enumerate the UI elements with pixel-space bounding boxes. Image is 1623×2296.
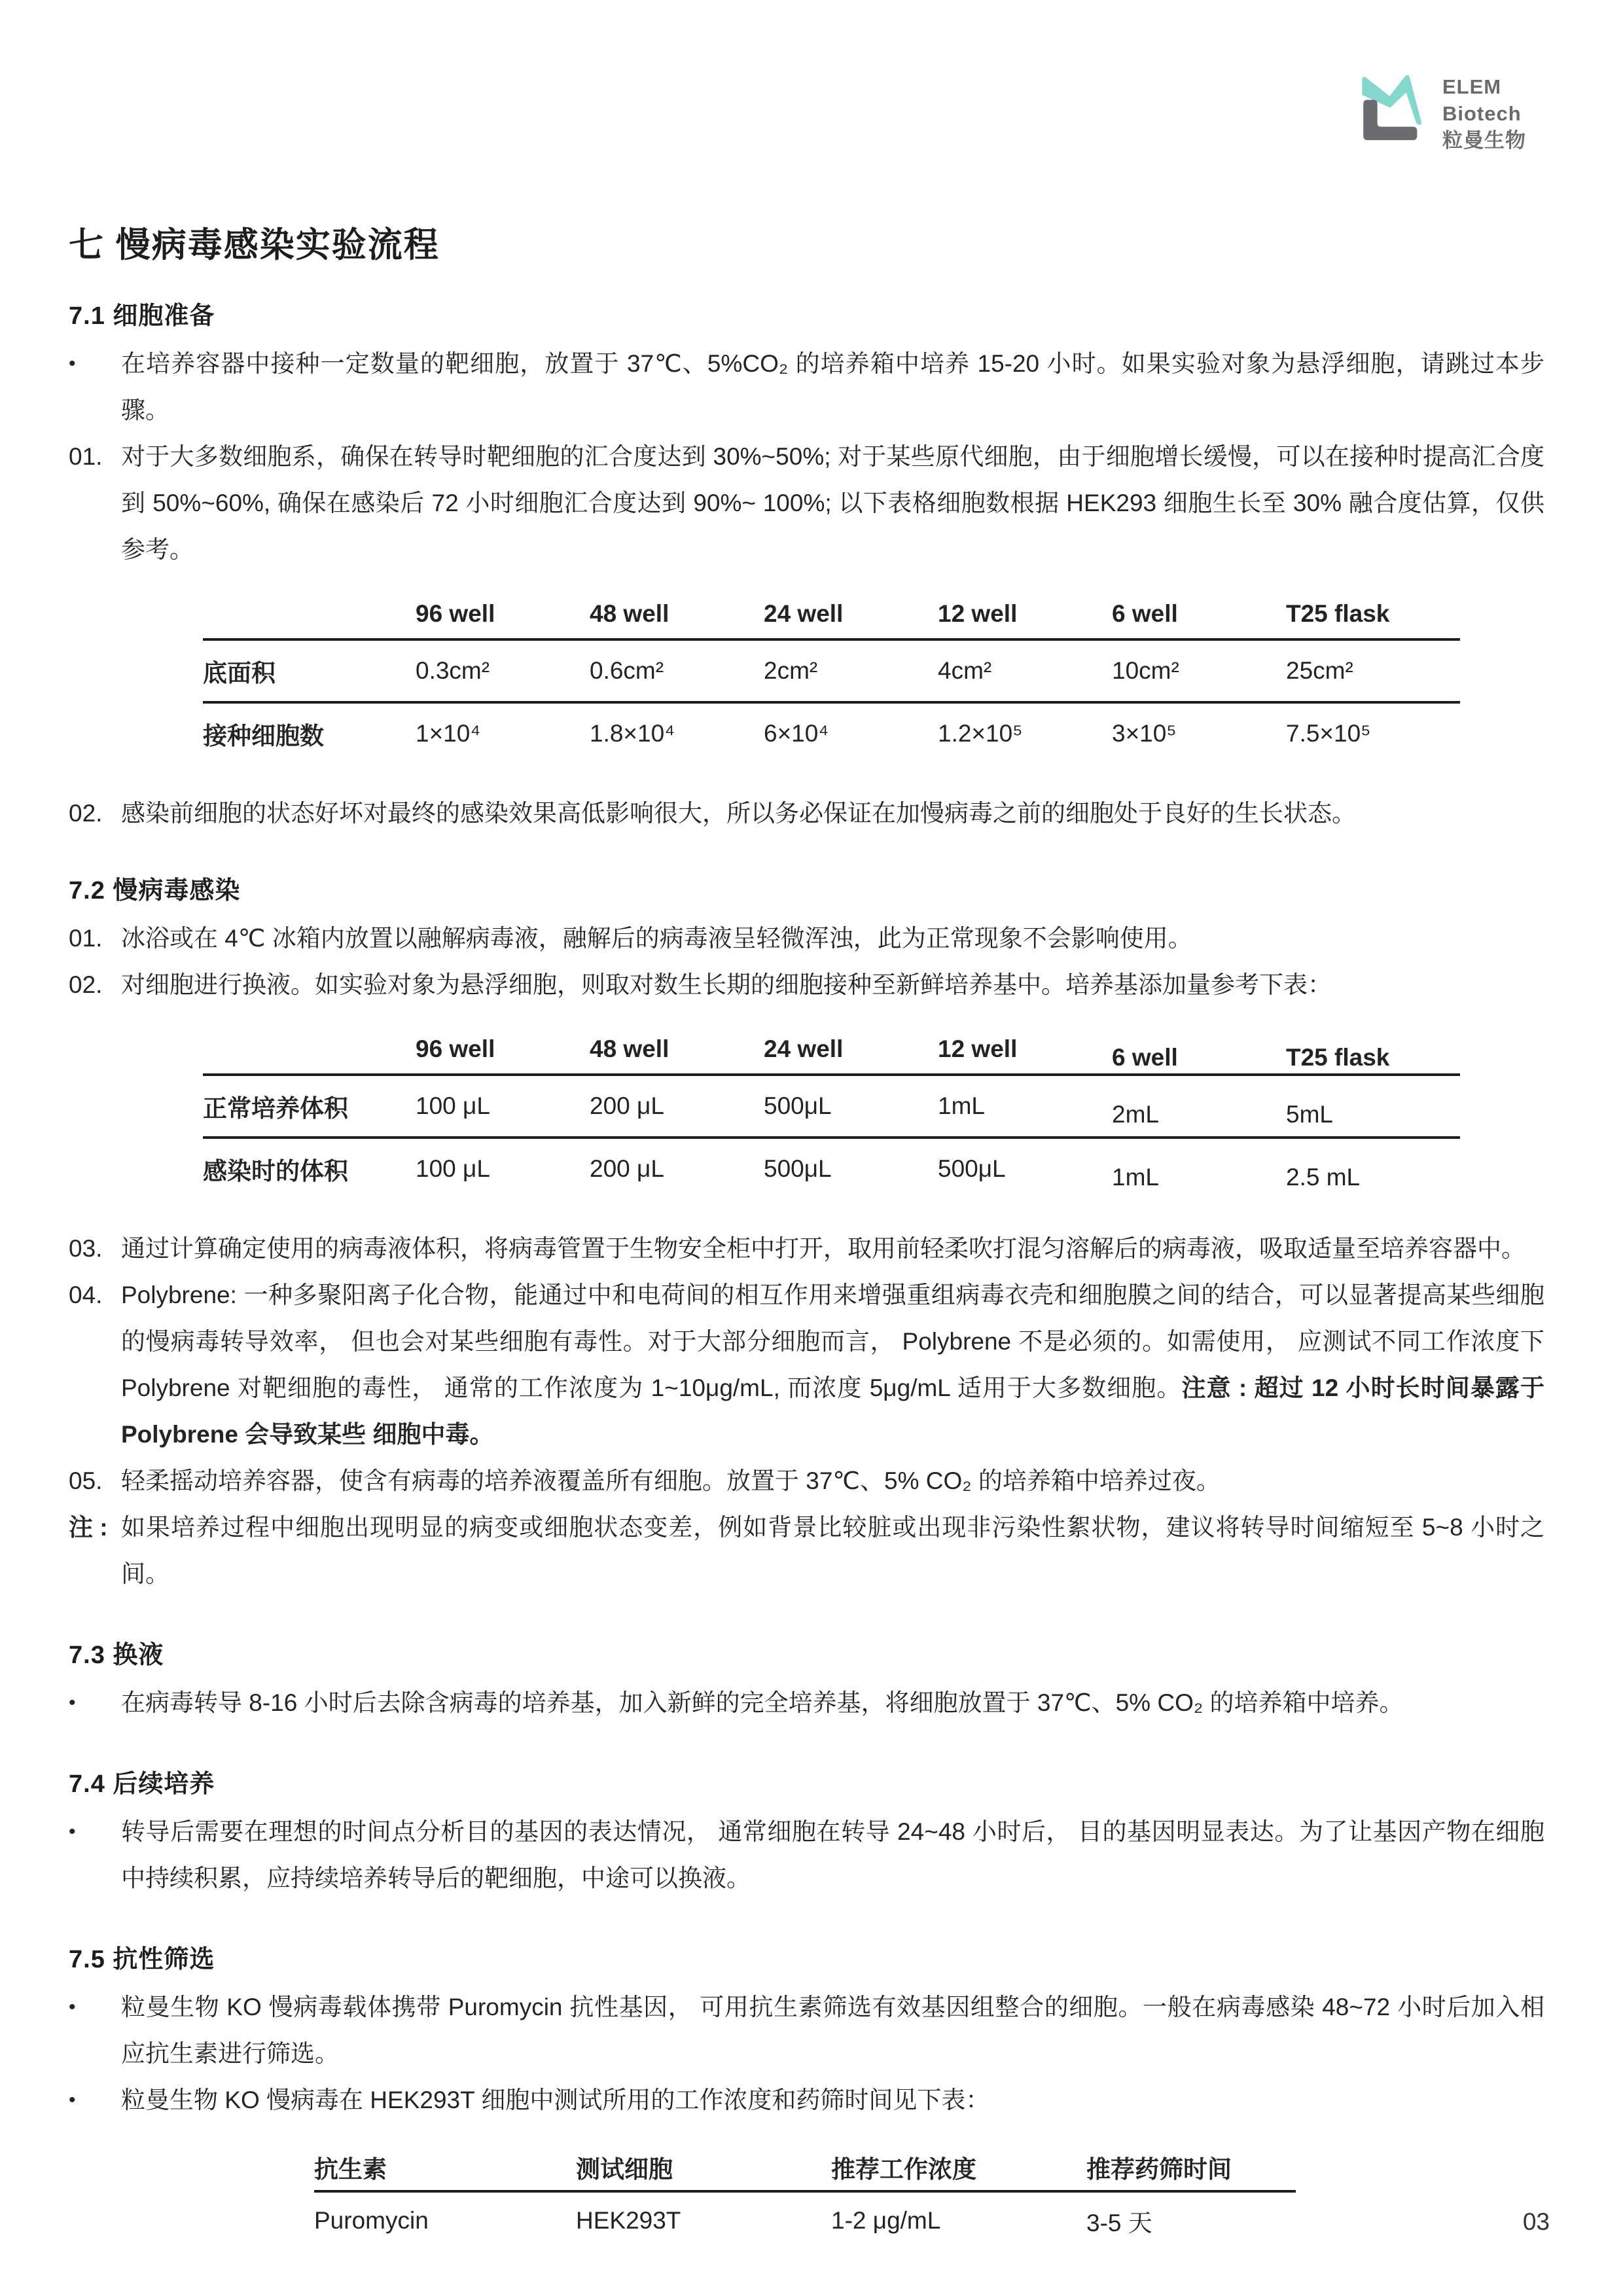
table-cell: HEK293T (576, 2191, 831, 2249)
table-cell: 500μL (938, 1138, 1112, 1199)
item-marker: • (69, 1808, 121, 1855)
table-header-row: 96 well 48 well 24 well 12 well 6 well T… (203, 1025, 1460, 1075)
table-cell: 200 μL (590, 1138, 764, 1199)
table-header-cell: T25 flask (1286, 1033, 1460, 1083)
list-item: • 转导后需要在理想的时间点分析目的基因的表达情况， 通常细胞在转导 24~48… (69, 1808, 1544, 1901)
table-cell: 1.2×10⁵ (938, 702, 1112, 764)
item-marker: • (69, 1984, 121, 2030)
table-cell: 1.8×10⁴ (590, 702, 764, 764)
table-row-label: 正常培养体积 (203, 1075, 416, 1138)
list-item: • 在培养容器中接种一定数量的靶细胞，放置于 37℃、5%CO₂ 的培养箱中培养… (69, 340, 1544, 433)
table-header-row: 96 well 48 well 24 well 12 well 6 well T… (203, 590, 1460, 639)
table-header-cell: 6 well (1112, 1033, 1286, 1083)
table-row: 底面积 0.3cm² 0.6cm² 2cm² 4cm² 10cm² 25cm² (203, 639, 1460, 702)
list-item: 02. 感染前细胞的状态好坏对最终的感染效果高低影响很大，所以务必保证在加慢病毒… (69, 790, 1544, 836)
table-cell: 2cm² (764, 639, 938, 702)
table-row-label: 接种细胞数 (203, 702, 416, 764)
table-cell: 25cm² (1286, 639, 1460, 702)
table-row-label: 感染时的体积 (203, 1138, 416, 1199)
table-header-cell: 12 well (938, 590, 1112, 639)
antibiotic-selection-table: 抗生素 测试细胞 推荐工作浓度 推荐药筛时间 Puromycin HEK293T… (314, 2144, 1296, 2249)
item-text: 对于大多数细胞系，确保在转导时靶细胞的汇合度达到 30%~50%; 对于某些原代… (121, 433, 1544, 573)
list-item: 01. 对于大多数细胞系，确保在转导时靶细胞的汇合度达到 30%~50%; 对于… (69, 433, 1544, 573)
note-marker: 注 : (69, 1504, 121, 1551)
list-item: 05. 轻柔摇动培养容器，使含有病毒的培养液覆盖所有细胞。放置于 37℃、5% … (69, 1458, 1544, 1504)
list-item: • 在病毒转导 8-16 小时后去除含病毒的培养基，加入新鲜的完全培养基，将细胞… (69, 1679, 1544, 1726)
table-header-cell: 48 well (590, 1025, 764, 1075)
item-text: 粒曼生物 KO 慢病毒在 HEK293T 细胞中测试所用的工作浓度和药筛时间见下… (121, 2077, 1544, 2123)
list-item: 03. 通过计算确定使用的病毒液体积，将病毒管置于生物安全柜中打开，取用前轻柔吹… (69, 1225, 1544, 1272)
item-text: 对细胞进行换液。如实验对象为悬浮细胞，则取对数生长期的细胞接种至新鲜培养基中。培… (121, 961, 1544, 1008)
table-cell: 2.5 mL (1286, 1146, 1460, 1208)
table-cell: 10cm² (1112, 639, 1286, 702)
brand-line-3: 粒曼生物 (1442, 127, 1526, 154)
table-header-cell: 推荐药筛时间 (1086, 2144, 1296, 2191)
note-item: 注 : 如果培养过程中细胞出现明显的病变或细胞状态变差，例如背景比较脏或出现非污… (69, 1504, 1544, 1597)
table-row: 正常培养体积 100 μL 200 μL 500μL 1mL 2mL 5mL (203, 1075, 1460, 1138)
table-header-cell: 6 well (1112, 590, 1286, 639)
brand-line-1: ELEM (1442, 73, 1526, 100)
brand-line-2: Biotech (1442, 100, 1526, 127)
item-text: 冰浴或在 4℃ 冰箱内放置以融解病毒液，融解后的病毒液呈轻微浑浊，此为正常现象不… (121, 915, 1544, 961)
item-text: 通过计算确定使用的病毒液体积，将病毒管置于生物安全柜中打开，取用前轻柔吹打混匀溶… (121, 1225, 1544, 1272)
table-cell: 100 μL (416, 1138, 590, 1199)
list-item: • 粒曼生物 KO 慢病毒在 HEK293T 细胞中测试所用的工作浓度和药筛时间… (69, 2077, 1544, 2123)
document-page: ELEM Biotech 粒曼生物 七 慢病毒感染实验流程 7.1 细胞准备 •… (0, 0, 1623, 2296)
list-item: 01. 冰浴或在 4℃ 冰箱内放置以融解病毒液，融解后的病毒液呈轻微浑浊，此为正… (69, 915, 1544, 961)
item-marker: • (69, 1679, 121, 1726)
section-heading-7-5: 7.5 抗性筛选 (69, 1945, 1544, 1975)
table-cell: 6×10⁴ (764, 702, 938, 764)
table-cell: 5mL (1286, 1083, 1460, 1146)
table-header-cell: 96 well (416, 1025, 590, 1075)
logo-mark-icon (1356, 68, 1429, 160)
table-cell: 7.5×10⁵ (1286, 702, 1460, 764)
table-cell: 0.3cm² (416, 639, 590, 702)
table-header-cell: 48 well (590, 590, 764, 639)
item-marker: 02. (69, 961, 121, 1008)
table-header-cell: 24 well (764, 590, 938, 639)
table-row-label: 底面积 (203, 639, 416, 702)
table-cell: 200 μL (590, 1075, 764, 1138)
item-text: 粒曼生物 KO 慢病毒载体携带 Puromycin 抗性基因， 可用抗生素筛选有… (121, 1984, 1544, 2077)
section-heading-7-3: 7.3 换液 (69, 1640, 1544, 1670)
company-logo: ELEM Biotech 粒曼生物 (1356, 68, 1526, 160)
item-text: Polybrene: 一种多聚阳离子化合物，能通过中和电荷间的相互作用来增强重组… (121, 1272, 1544, 1458)
table-cell: 1×10⁴ (416, 702, 590, 764)
table-cell: 0.6cm² (590, 639, 764, 702)
table-corner-cell (203, 1025, 416, 1075)
note-text: 如果培养过程中细胞出现明显的病变或细胞状态变差，例如背景比较脏或出现非污染性絮状… (121, 1504, 1544, 1597)
table-cell: 3×10⁵ (1112, 702, 1286, 764)
table-header-cell: T25 flask (1286, 590, 1460, 639)
list-item: 02. 对细胞进行换液。如实验对象为悬浮细胞，则取对数生长期的细胞接种至新鲜培养… (69, 961, 1544, 1008)
list-item: 04. Polybrene: 一种多聚阳离子化合物，能通过中和电荷间的相互作用来… (69, 1272, 1544, 1458)
item-text: 转导后需要在理想的时间点分析目的基因的表达情况， 通常细胞在转导 24~48 小… (121, 1808, 1544, 1901)
section-heading-7-4: 7.4 后续培养 (69, 1769, 1544, 1799)
table-row: Puromycin HEK293T 1-2 μg/mL 3-5 天 (314, 2191, 1296, 2249)
item-marker: 01. (69, 915, 121, 961)
table-header-cell: 12 well (938, 1025, 1112, 1075)
table-cell: 1mL (1112, 1146, 1286, 1208)
table-header-cell: 测试细胞 (576, 2144, 831, 2191)
item-text: 在培养容器中接种一定数量的靶细胞，放置于 37℃、5%CO₂ 的培养箱中培养 1… (121, 340, 1544, 433)
table-corner-cell (203, 590, 416, 639)
table-cell: 1-2 μg/mL (831, 2191, 1086, 2249)
table-cell: 100 μL (416, 1075, 590, 1138)
item-marker: • (69, 340, 121, 387)
section-heading-7-1: 7.1 细胞准备 (69, 301, 1544, 331)
table-header-cell: 24 well (764, 1025, 938, 1075)
item-marker: 01. (69, 433, 121, 480)
item-marker: 05. (69, 1458, 121, 1504)
page-number: 03 (1523, 2208, 1550, 2236)
table-cell: 2mL (1112, 1083, 1286, 1146)
table-header-cell: 抗生素 (314, 2144, 576, 2191)
item-text: 在病毒转导 8-16 小时后去除含病毒的培养基，加入新鲜的完全培养基，将细胞放置… (121, 1679, 1544, 1726)
table-row: 接种细胞数 1×10⁴ 1.8×10⁴ 6×10⁴ 1.2×10⁵ 3×10⁵ … (203, 702, 1460, 764)
table-cell: Puromycin (314, 2191, 576, 2249)
page-title: 七 慢病毒感染实验流程 (69, 226, 1544, 264)
table-cell: 500μL (764, 1138, 938, 1199)
item-marker: 04. (69, 1272, 121, 1318)
table-cell: 4cm² (938, 639, 1112, 702)
item-text: 轻柔摇动培养容器，使含有病毒的培养液覆盖所有细胞。放置于 37℃、5% CO₂ … (121, 1458, 1544, 1504)
item-text: 感染前细胞的状态好坏对最终的感染效果高低影响很大，所以务必保证在加慢病毒之前的细… (121, 790, 1544, 836)
table-header-cell: 96 well (416, 590, 590, 639)
table-header-cell: 推荐工作浓度 (831, 2144, 1086, 2191)
list-item: • 粒曼生物 KO 慢病毒载体携带 Puromycin 抗性基因， 可用抗生素筛… (69, 1984, 1544, 2077)
table-cell: 500μL (764, 1075, 938, 1138)
table-header-row: 抗生素 测试细胞 推荐工作浓度 推荐药筛时间 (314, 2144, 1296, 2191)
table-cell: 3-5 天 (1086, 2191, 1296, 2249)
table-row: 感染时的体积 100 μL 200 μL 500μL 500μL 1mL 2.5… (203, 1138, 1460, 1199)
item-marker: 03. (69, 1225, 121, 1272)
section-heading-7-2: 7.2 慢病毒感染 (69, 876, 1544, 906)
item-marker: • (69, 2077, 121, 2123)
seeding-cell-table: 96 well 48 well 24 well 12 well 6 well T… (203, 590, 1460, 764)
brand-name: ELEM Biotech 粒曼生物 (1442, 68, 1526, 154)
item-marker: 02. (69, 790, 121, 836)
table-cell: 1mL (938, 1075, 1112, 1138)
medium-volume-table: 96 well 48 well 24 well 12 well 6 well T… (203, 1025, 1460, 1199)
